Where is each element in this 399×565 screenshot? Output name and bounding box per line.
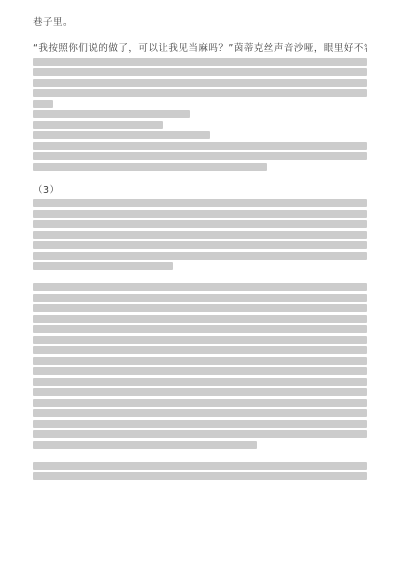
redacted-text-line [33,420,367,428]
redacted-text-line [33,441,257,449]
redacted-text-line [33,252,367,260]
redacted-text-line [33,283,367,291]
redacted-text-line [33,462,367,470]
redacted-text-line [33,110,190,118]
redacted-text-line [33,68,367,76]
redacted-text-line [33,231,367,239]
redacted-text-line [33,357,367,365]
redacted-text-line [33,210,367,218]
redacted-text-line [33,142,367,150]
redacted-text-line [33,100,53,108]
redacted-text-line [33,79,367,87]
opening-line: 巷子里。 [33,16,367,29]
text-content: 巷子里。“我按照你们说的做了，可以让我见当麻吗？”茵蒂克丝声音沙哑，眼里好不容易… [33,16,367,483]
opening-line-text: 巷子里。 [33,16,367,29]
paragraph-1-first-line: “我按照你们说的做了，可以让我见当麻吗？”茵蒂克丝声音沙哑，眼里好不容易透了一点 [33,42,367,55]
redacted-text-line [33,399,367,407]
redacted-text-line [33,241,367,249]
redacted-text-line [33,388,367,396]
redacted-text-line [33,58,367,66]
paragraph-4 [33,462,367,481]
redacted-text-line [33,131,210,139]
redacted-text-line [33,430,367,438]
document-page: 巷子里。“我按照你们说的做了，可以让我见当麻吗？”茵蒂克丝声音沙哑，眼里好不容易… [0,0,399,565]
redacted-text-line [33,152,367,160]
redacted-text-line [33,409,367,417]
redacted-text-line [33,121,163,129]
paragraph-2 [33,199,367,270]
redacted-text-line [33,262,173,270]
section-marker: （3） [33,184,367,197]
paragraph-3 [33,283,367,449]
redacted-text-line [33,336,367,344]
paragraph-1: “我按照你们说的做了，可以让我见当麻吗？”茵蒂克丝声音沙哑，眼里好不容易透了一点 [33,42,367,171]
redacted-text-line [33,304,367,312]
redacted-text-line [33,199,367,207]
redacted-text-line [33,220,367,228]
redacted-text-line [33,378,367,386]
redacted-text-line [33,367,367,375]
redacted-text-line [33,163,267,171]
redacted-text-line [33,294,367,302]
redacted-text-line [33,325,367,333]
redacted-text-line [33,89,367,97]
redacted-text-line [33,472,367,480]
redacted-text-line [33,315,367,323]
redacted-text-line [33,346,367,354]
section-marker-text: （3） [33,184,367,197]
